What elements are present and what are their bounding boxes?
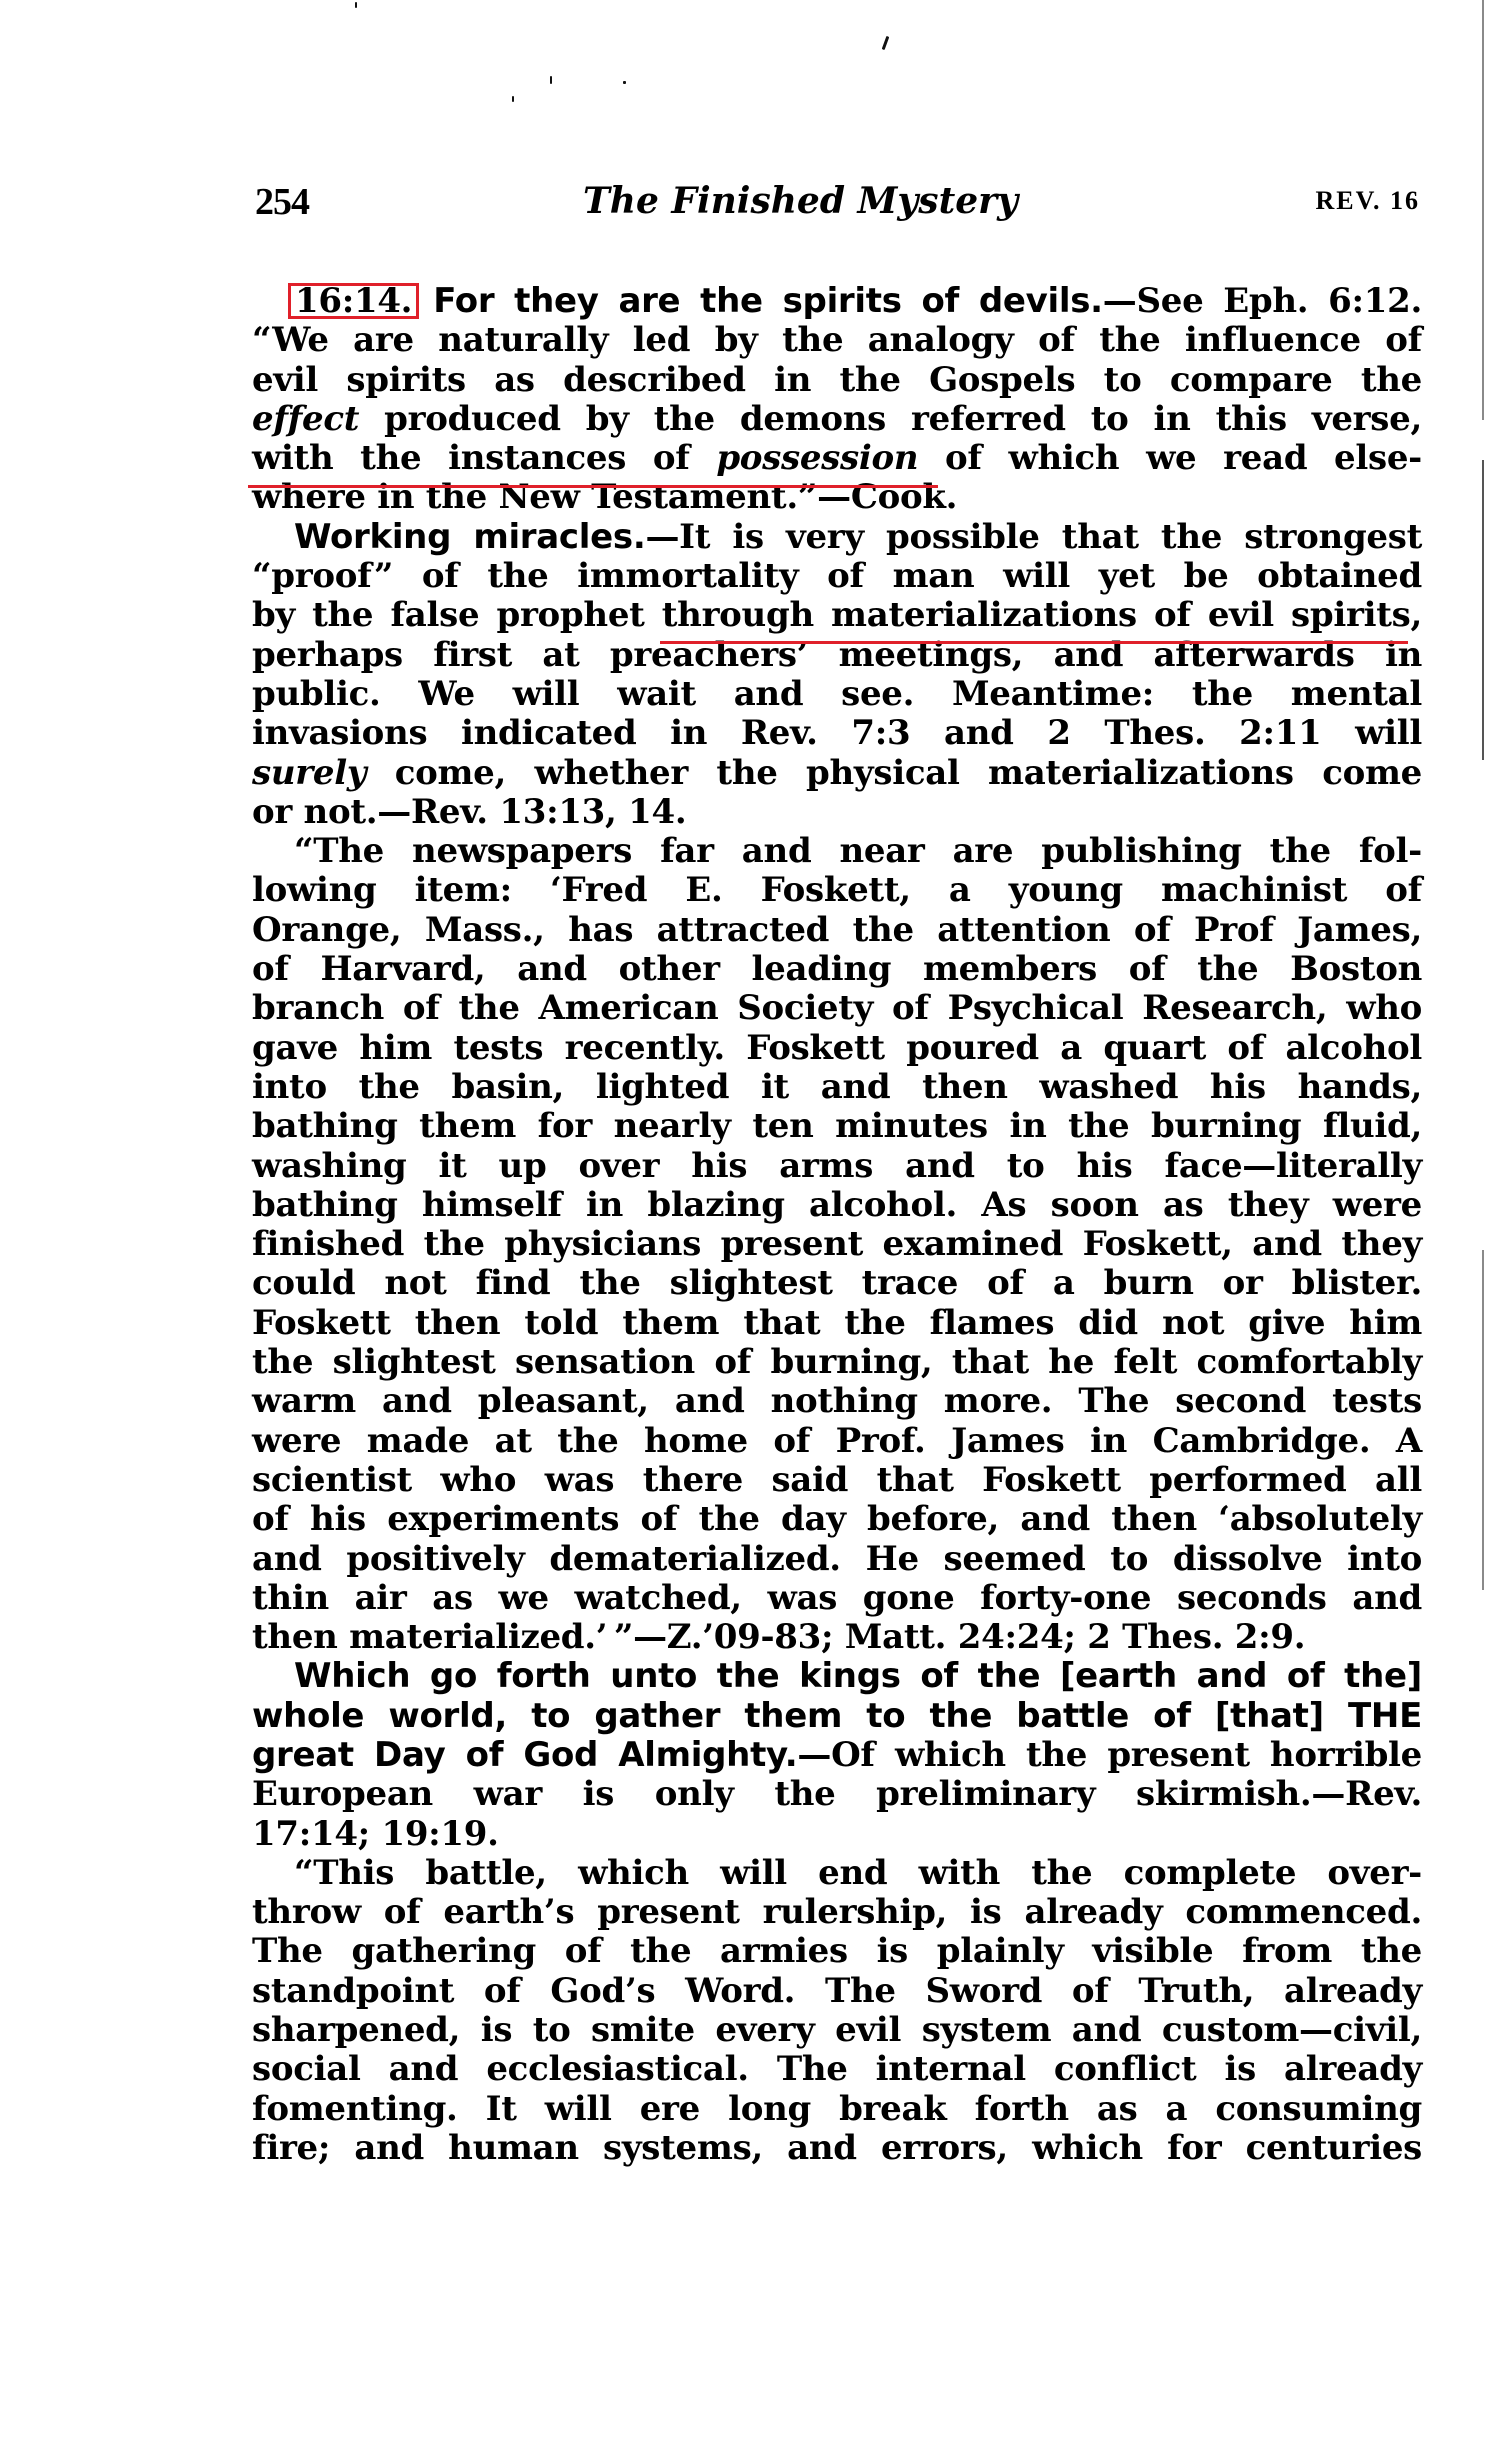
text-segment: fomenting. It will ere long break forth … [252,2089,1422,2129]
text-segment: invasions indicated in Rev. 7:3 and 2 Th… [252,713,1422,753]
scripture-lead-text: Which go forth unto the kings of the [ea… [294,1656,1422,1696]
text-line: Foskett then told them that the flames d… [252,1304,1422,1343]
scan-edge-line [1482,460,1484,760]
text-segment: —Of which the present horrible [797,1735,1422,1775]
text-line: effect produced by the demons referred t… [252,400,1422,439]
text-line: great Day of God Almighty.—Of which the … [252,1736,1422,1775]
text-segment: —It is very possible that the strongest [645,517,1422,557]
text-line: public. We will wait and see. Meantime: … [252,675,1422,714]
text-segment: of Harvard, and other leading members of… [252,949,1422,989]
text-line: Orange, Mass., has attracted the attenti… [252,911,1422,950]
text-segment: or not.—Rev. 13:13, 14. [252,792,686,832]
text-line: invasions indicated in Rev. 7:3 and 2 Th… [252,714,1422,753]
text-line: “We are naturally led by the analogy of … [252,321,1422,360]
scan-speck [623,81,626,84]
text-line: fire; and human systems, and errors, whi… [252,2129,1422,2168]
text-line: “This battle, which will end with the co… [252,1854,1422,1893]
text-segment: “The newspapers far and near are publish… [294,831,1422,871]
verse-reference-box: 16:14. [288,283,419,319]
scripture-lead-text: Working miracles. [294,517,645,557]
text-segment: Foskett then told them that the flames d… [252,1303,1422,1343]
text-segment: The gathering of the armies is plainly v… [252,1931,1422,1971]
scripture-lead-text: great Day of God Almighty. [252,1735,797,1775]
text-segment: by the false prophet through materializa… [252,595,1422,635]
text-segment: evil spirits as described in the Gospels… [252,360,1422,400]
text-segment: social and ecclesiastical. The internal … [252,2049,1422,2089]
text-segment: European war is only the preliminary ski… [252,1774,1422,1814]
text-line: evil spirits as described in the Gospels… [252,361,1422,400]
text-segment: standpoint of God’s Word. The Sword of T… [252,1971,1422,2011]
text-line: or not.—Rev. 13:13, 14. [252,793,1422,832]
text-segment: lowing item: ‘Fred E. Foskett, a young m… [252,870,1422,910]
text-segment: warm and pleasant, and nothing more. The… [252,1381,1422,1421]
running-title: The Finished Mystery [583,180,1018,222]
text-line: throw of earth’s present rulership, is a… [252,1893,1422,1932]
text-line: washing it up over his arms and to his f… [252,1147,1422,1186]
text-line: “proof” of the immortality of man will y… [252,557,1422,596]
text-line: 16:14.For they are the spirits of devils… [252,282,1422,321]
text-line: “The newspapers far and near are publish… [252,832,1422,871]
text-segment: and positively dematerialized. He seemed… [252,1539,1422,1579]
text-line: fomenting. It will ere long break forth … [252,2090,1422,2129]
text-line: bathing himself in blazing alcohol. As s… [252,1186,1422,1225]
text-line: The gathering of the armies is plainly v… [252,1932,1422,1971]
text-segment: throw of earth’s present rulership, is a… [252,1892,1422,1932]
text-line: were made at the home of Prof. James in … [252,1422,1422,1461]
text-line: sharpened, is to smite every evil system… [252,2011,1422,2050]
text-line: into the basin, lighted it and then wash… [252,1068,1422,1107]
page-body-text: 16:14.For they are the spirits of devils… [252,282,1422,2168]
text-line: scientist who was there said that Fosket… [252,1461,1422,1500]
text-segment: the slightest sensation of burning, that… [252,1342,1422,1382]
text-segment: “proof” of the immortality of man will y… [252,556,1422,596]
page-number: 254 [255,180,309,224]
text-segment: of which we read else- [918,438,1422,478]
text-segment: with the instances of [252,438,716,478]
text-segment: bathing himself in blazing alcohol. As s… [252,1185,1422,1225]
text-segment: branch of the American Society of Psychi… [252,988,1422,1028]
text-line: could not find the slightest trace of a … [252,1264,1422,1303]
scripture-lead-text: For they are the spirits of devils. [433,281,1103,321]
scan-speck [512,96,514,102]
scan-edge-line [1482,1250,1484,1590]
text-line: whole world, to gather them to the battl… [252,1697,1422,1736]
text-segment: produced by the demons referred to in th… [359,399,1422,439]
text-segment: —See Eph. 6:12. [1103,281,1422,321]
text-segment: come, whether the physical materializati… [366,753,1422,793]
running-header: 254 The Finished Mystery REV. 16 [255,180,1420,240]
text-segment: were made at the home of Prof. James in … [252,1421,1422,1461]
text-segment: public. We will wait and see. Meantime: … [252,674,1422,714]
text-segment: bathing them for nearly ten minutes in t… [252,1106,1422,1146]
text-line: branch of the American Society of Psychi… [252,989,1422,1028]
text-line: thin air as we watched, was gone forty-o… [252,1579,1422,1618]
text-line: gave him tests recently. Foskett poured … [252,1029,1422,1068]
text-line: social and ecclesiastical. The internal … [252,2050,1422,2089]
text-line: the slightest sensation of burning, that… [252,1343,1422,1382]
text-line: finished the physicians present examined… [252,1225,1422,1264]
text-line: 17:14; 19:19. [252,1815,1422,1854]
text-segment: sharpened, is to smite every evil system… [252,2010,1422,2050]
text-segment: into the basin, lighted it and then wash… [252,1067,1422,1107]
text-line: bathing them for nearly ten minutes in t… [252,1107,1422,1146]
text-segment: thin air as we watched, was gone forty-o… [252,1578,1422,1618]
text-segment: scientist who was there said that Fosket… [252,1460,1422,1500]
text-line: and positively dematerialized. He seemed… [252,1540,1422,1579]
italic-emphasis: effect [252,399,359,439]
text-segment: washing it up over his arms and to his f… [252,1146,1422,1186]
text-segment: 17:14; 19:19. [252,1814,499,1854]
text-line: of his experiments of the day before, an… [252,1500,1422,1539]
scan-speck [355,2,357,8]
scan-edge-line [1482,0,1484,420]
text-line: by the false prophet through materializa… [252,596,1422,635]
scan-speck [882,36,890,50]
section-reference: REV. 16 [1315,186,1420,216]
text-segment: finished the physicians present examined… [252,1224,1422,1264]
text-line: surely come, whether the physical materi… [252,754,1422,793]
highlight-underline-materializations [660,641,1408,644]
text-line: Which go forth unto the kings of the [ea… [252,1657,1422,1696]
text-segment: where in the New Testament.”—Cook. [252,477,957,517]
text-line: European war is only the preliminary ski… [252,1775,1422,1814]
text-segment: of his experiments of the day before, an… [252,1499,1422,1539]
text-line: warm and pleasant, and nothing more. The… [252,1382,1422,1421]
text-line: then materialized.’ ”—Z.’09-83; Matt. 24… [252,1618,1422,1657]
text-segment: could not find the slightest trace of a … [252,1263,1422,1303]
text-line: of Harvard, and other leading members of… [252,950,1422,989]
italic-emphasis: surely [252,753,366,793]
italic-emphasis: possession [716,438,918,478]
text-segment: gave him tests recently. Foskett poured … [252,1028,1422,1068]
text-line: with the instances of possession of whic… [252,439,1422,478]
text-segment: then materialized.’ ”—Z.’09-83; Matt. 24… [252,1617,1305,1657]
scripture-lead-text: whole world, to gather them to the battl… [252,1696,1422,1736]
highlight-underline-possession [248,485,938,488]
scan-speck [550,76,552,84]
text-line: Working miracles.—It is very possible th… [252,518,1422,557]
text-segment: fire; and human systems, and errors, whi… [252,2128,1422,2168]
text-segment: “We are naturally led by the analogy of … [252,320,1422,360]
text-line: standpoint of God’s Word. The Sword of T… [252,1972,1422,2011]
text-segment: Orange, Mass., has attracted the attenti… [252,910,1422,950]
text-segment: “This battle, which will end with the co… [294,1853,1422,1893]
text-line: lowing item: ‘Fred E. Foskett, a young m… [252,871,1422,910]
